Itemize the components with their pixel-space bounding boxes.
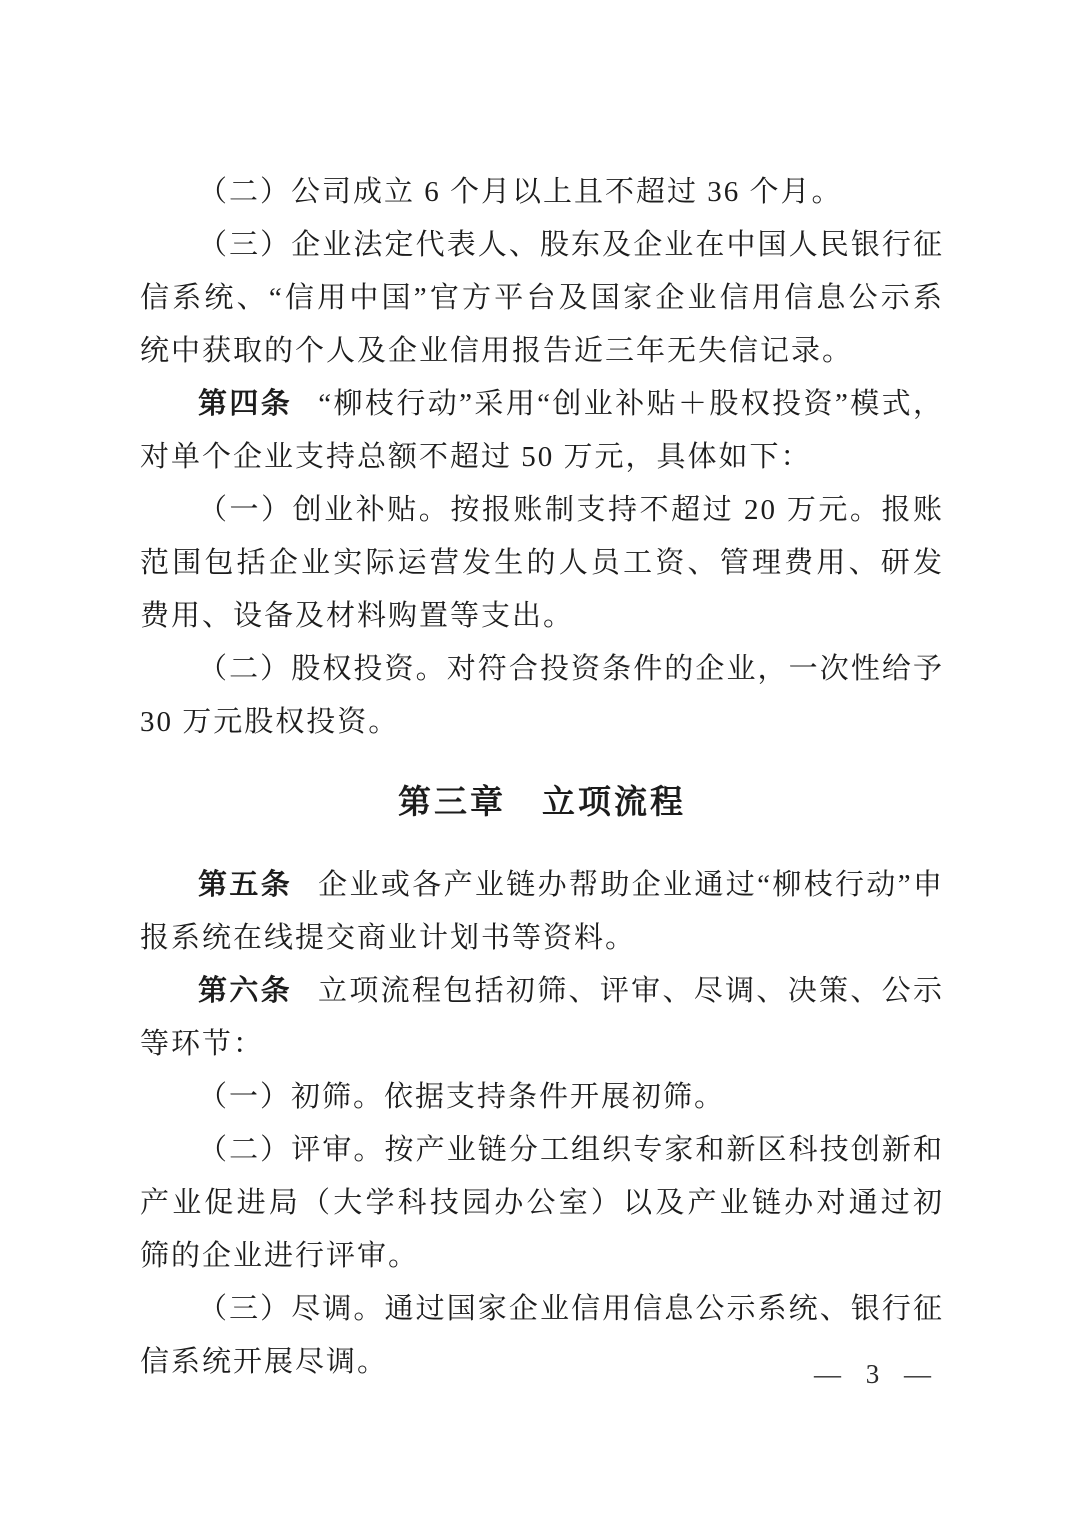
paragraph: （二）评审。按产业链分工组织专家和新区科技创新和产业促进局（大学科技园办公室）以… xyxy=(140,1124,944,1283)
document-page: （二）公司成立 6 个月以上且不超过 36 个月。 （三）企业法定代表人、股东及… xyxy=(0,0,1074,1520)
paragraph: （一）创业补贴。按报账制支持不超过 20 万元。报账范围包括企业实际运营发生的人… xyxy=(140,484,944,643)
article-number-label: 第四条 xyxy=(198,388,292,420)
paragraph-text: （三）企业法定代表人、股东及企业在中国人民银行征信系统、“信用中国”官方平台及国… xyxy=(140,229,944,367)
paragraph: （二）公司成立 6 个月以上且不超过 36 个月。 xyxy=(140,166,944,219)
paragraph: 第四条“柳枝行动”采用“创业补贴＋股权投资”模式，对单个企业支持总额不超过 50… xyxy=(140,378,944,484)
chapter-heading: 第三章 立项流程 xyxy=(140,775,944,828)
paragraph-text: （一）创业补贴。按报账制支持不超过 20 万元。报账范围包括企业实际运营发生的人… xyxy=(140,494,944,632)
paragraph-text: （二）评审。按产业链分工组织专家和新区科技创新和产业促进局（大学科技园办公室）以… xyxy=(140,1134,944,1272)
paragraph-text: （一）初筛。依据支持条件开展初筛。 xyxy=(198,1081,725,1113)
paragraph: （二）股权投资。对符合投资条件的企业，一次性给予 30 万元股权投资。 xyxy=(140,643,944,749)
article-number-label: 第六条 xyxy=(198,975,292,1007)
paragraph: （一）初筛。依据支持条件开展初筛。 xyxy=(140,1071,944,1124)
paragraph-text: （二）公司成立 6 个月以上且不超过 36 个月。 xyxy=(198,176,843,208)
article-number-label: 第五条 xyxy=(198,869,292,901)
paragraph-text: （二）股权投资。对符合投资条件的企业，一次性给予 30 万元股权投资。 xyxy=(140,653,944,738)
paragraph: 第六条立项流程包括初筛、评审、尽调、决策、公示等环节： xyxy=(140,965,944,1071)
document-body: （二）公司成立 6 个月以上且不超过 36 个月。 （三）企业法定代表人、股东及… xyxy=(140,166,944,1389)
paragraph: 第五条企业或各产业链办帮助企业通过“柳枝行动”申报系统在线提交商业计划书等资料。 xyxy=(140,859,944,965)
page-number: — 3 — xyxy=(814,1356,932,1392)
paragraph: （三）企业法定代表人、股东及企业在中国人民银行征信系统、“信用中国”官方平台及国… xyxy=(140,219,944,378)
